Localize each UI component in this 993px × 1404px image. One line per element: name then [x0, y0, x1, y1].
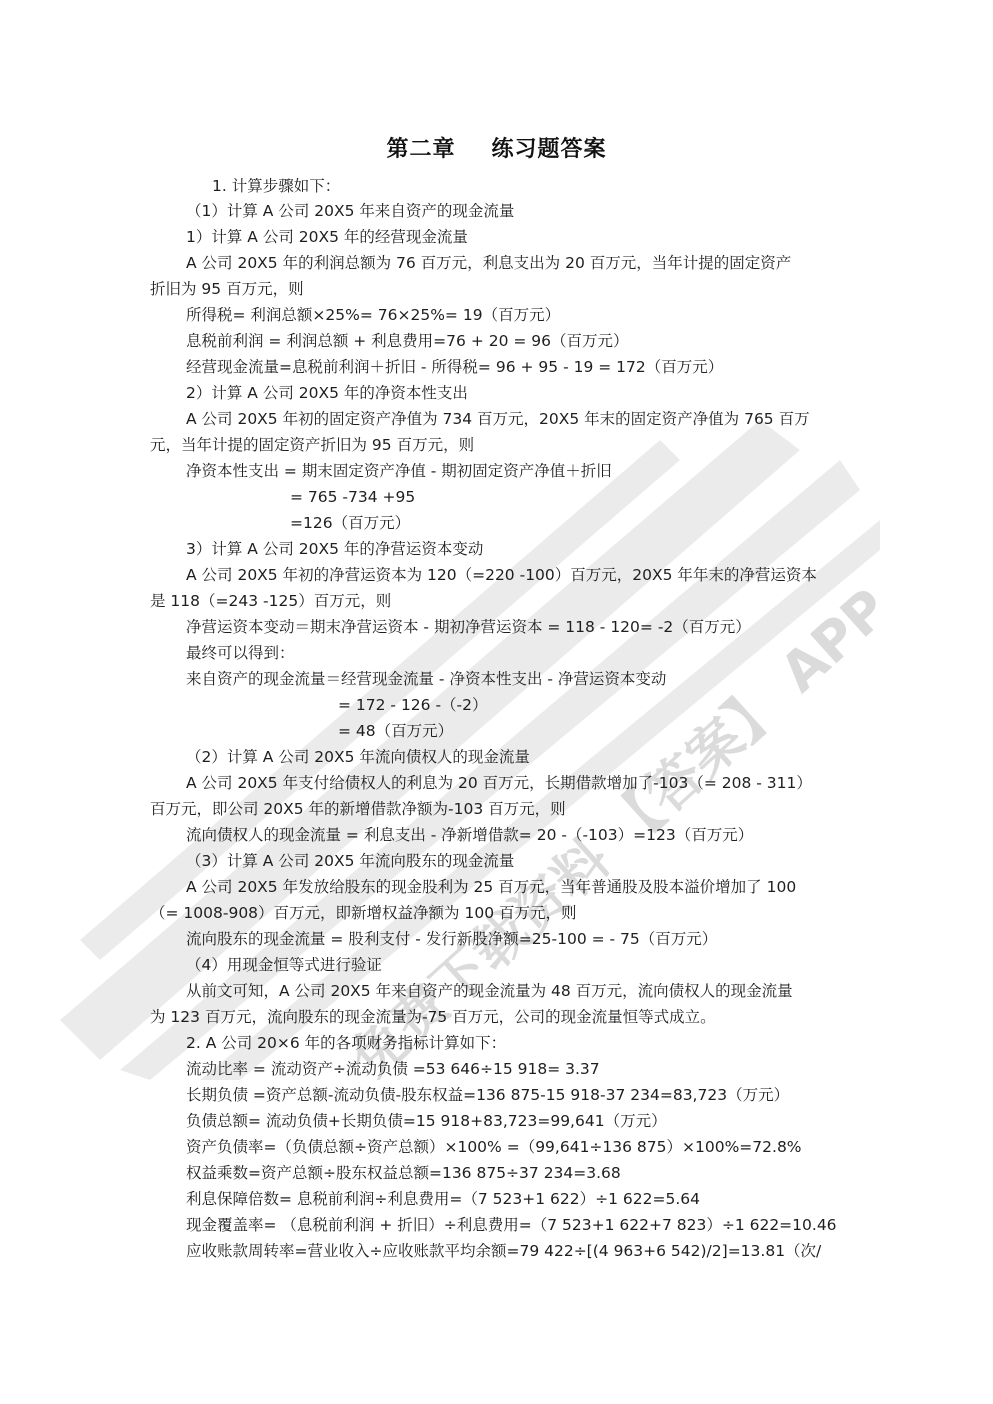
text-line: 1. 计算步骤如下：: [212, 176, 340, 196]
text-line: 净营运资本变动＝期末净营运资本 - 期初净营运资本 = 118 - 120= -…: [186, 617, 751, 637]
text-line: 负债总额= 流动负债+长期负债=15 918+83,723=99,641（万元）: [186, 1111, 667, 1131]
text-line: 来自资产的现金流量＝经营现金流量 - 净资本性支出 - 净营运资本变动: [186, 669, 666, 689]
text-line: A 公司 20X5 年初的净营运资本为 120（=220 -100）百万元，20…: [186, 565, 817, 585]
text-line: 2. A 公司 20×6 年的各项财务指标计算如下：: [186, 1033, 506, 1053]
text-line: 应收账款周转率=营业收入÷应收账款平均余额=79 422÷[(4 963+6 5…: [186, 1241, 821, 1261]
text-line: 3）计算 A 公司 20X5 年的净营运资本变动: [186, 539, 483, 559]
text-line: 最终可以得到：: [186, 643, 295, 663]
text-line: 为 123 百万元，流向股东的现金流量为-75 百万元，公司的现金流量恒等式成立…: [150, 1007, 716, 1027]
text-line: = 172 - 126 -（-2）: [338, 695, 488, 715]
text-line: = 48（百万元）: [338, 721, 453, 741]
text-line: = 765 -734 +95: [290, 487, 415, 507]
text-line: （4）用现金恒等式进行验证: [186, 955, 382, 975]
text-line: A 公司 20X5 年初的固定资产净值为 734 百万元，20X5 年末的固定资…: [186, 409, 810, 429]
text-line: 2）计算 A 公司 20X5 年的净资本性支出: [186, 383, 468, 403]
title-subject: 练习题答案: [492, 137, 607, 162]
text-line: 流向股东的现金流量 = 股利支付 - 发行新股净额=25-100 = - 75（…: [186, 929, 717, 949]
text-line: 经营现金流量=息税前利润＋折旧 - 所得税= 96 + 95 - 19 = 17…: [186, 357, 723, 377]
text-line: 权益乘数=资产总额÷股东权益总额=136 875÷37 234=3.68: [186, 1163, 621, 1183]
text-line: =126（百万元）: [290, 513, 410, 533]
text-line: A 公司 20X5 年支付给债权人的利息为 20 百万元，长期借款增加了-103…: [186, 773, 812, 793]
text-line: 流动比率 = 流动资产÷流动负债 =53 646÷15 918= 3.37: [186, 1059, 600, 1079]
text-line: 百万元，即公司 20X5 年的新增借款净额为-103 百万元，则: [150, 799, 566, 819]
text-line: A 公司 20X5 年发放给股东的现金股利为 25 百万元，当年普通股及股本溢价…: [186, 877, 796, 897]
text-line: 流向债权人的现金流量 = 利息支出 - 净新增借款= 20 -（-103）=12…: [186, 825, 753, 845]
text-line: 净资本性支出 = 期末固定资产净值 - 期初固定资产净值＋折旧: [186, 461, 612, 481]
document-page: 第二章练习题答案 1. 计算步骤如下：（1）计算 A 公司 20X5 年来自资产…: [0, 0, 993, 1404]
text-line: 现金覆盖率= （息税前利润 + 折旧）÷利息费用=（7 523+1 622+7 …: [186, 1215, 837, 1235]
page-title: 第二章练习题答案: [0, 132, 993, 163]
text-line: （3）计算 A 公司 20X5 年流向股东的现金流量: [186, 851, 514, 871]
text-line: 息税前利润 = 利润总额 + 利息费用=76 + 20 = 96（百万元）: [186, 331, 629, 351]
text-line: A 公司 20X5 年的利润总额为 76 百万元，利息支出为 20 百万元，当年…: [186, 253, 791, 273]
title-chapter: 第二章: [386, 137, 455, 162]
text-line: 长期负债 =资产总额-流动负债-股东权益=136 875-15 918-37 2…: [186, 1085, 789, 1105]
text-line: 折旧为 95 百万元，则: [150, 279, 304, 299]
text-line: 资产负债率=（负债总额÷资产总额）×100% =（99,641÷136 875）…: [186, 1137, 802, 1157]
text-line: （= 1008-908）百万元，即新增权益净额为 100 百万元，则: [150, 903, 576, 923]
text-line: 是 118（=243 -125）百万元，则: [150, 591, 391, 611]
text-line: 利息保障倍数= 息税前利润÷利息费用=（7 523+1 622）÷1 622=5…: [186, 1189, 700, 1209]
text-line: 元，当年计提的固定资产折旧为 95 百万元，则: [150, 435, 474, 455]
text-line: 所得税= 利润总额×25%= 76×25%= 19（百万元）: [186, 305, 560, 325]
text-line: 从前文可知，A 公司 20X5 年来自资产的现金流量为 48 百万元，流向债权人…: [186, 981, 793, 1001]
text-line: （1）计算 A 公司 20X5 年来自资产的现金流量: [186, 201, 514, 221]
text-line: （2）计算 A 公司 20X5 年流向债权人的现金流量: [186, 747, 530, 767]
text-line: 1）计算 A 公司 20X5 年的经营现金流量: [186, 227, 468, 247]
